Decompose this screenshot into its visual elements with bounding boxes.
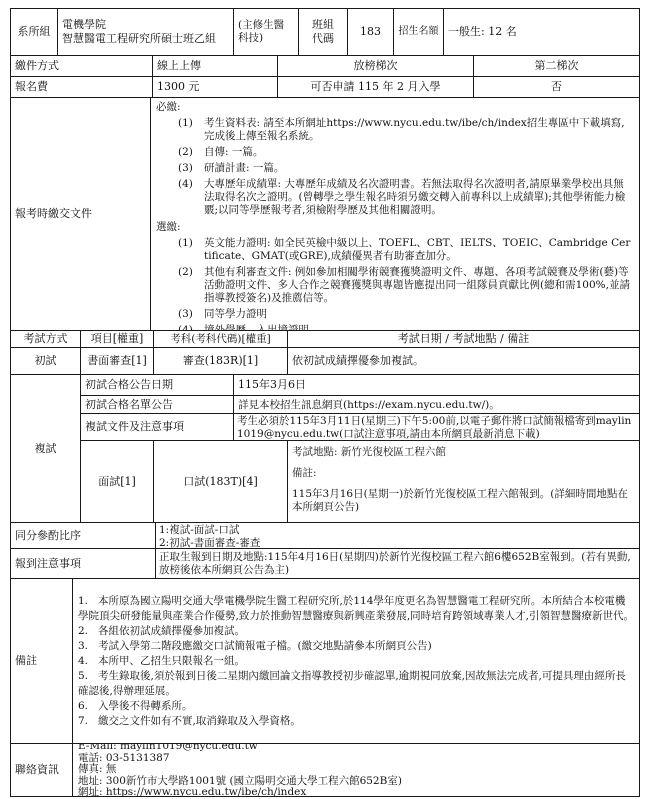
interview-item: 面試[1] [81, 441, 154, 523]
interview-location: 考試地點: 新竹光復校區工程六館 [292, 446, 635, 459]
dept-name-cell: 電機學院 智慧醫電工程研究所碩士班乙組 [58, 9, 234, 55]
first-stage-info: 依初試成績擇優參加複試。 [288, 348, 639, 374]
interview-note: 115年3月16日(星期一)於新竹光復校區工程六館報到。(詳細時間地點在本所網頁… [292, 488, 635, 514]
remark-item: 6.入學後不得轉系所。 [78, 699, 634, 714]
remark-item: 3.考試入學第二階段應繳交口試簡報電子檔。(繳交地點請參本所網頁公告) [78, 639, 634, 654]
documents-content: 必繳: (1) 考生資料表: 請至本所網址https://www.nycu.ed… [151, 98, 639, 330]
required-item: (2) 自傳: 一篇。 [178, 146, 634, 159]
exam-method-header: 考試方式 [11, 331, 81, 347]
dept-college: 電機學院 [62, 18, 229, 32]
dept-major-cell: (主修生醫科技) [234, 9, 299, 55]
notice-subrow: 複試文件及注意事項 考生必須於115年3月11日(星期三)下午5:00前,以電子… [81, 414, 639, 441]
notice-label: 複試文件及注意事項 [81, 414, 234, 440]
tiebreak-label: 同分參酌比序 [11, 523, 156, 548]
first-stage-label: 初試 [11, 348, 81, 374]
remark-item: 4.本所甲、乙招生只限報名一組。 [78, 654, 634, 669]
feb-entry-value: 否 [474, 77, 639, 97]
remarks-row: 備註 1.本所原為國立陽明交通大學電機學院生醫工程研究所,於114學年度更名為智… [11, 579, 639, 744]
announce-list-label: 初試合格名單公告 [81, 396, 234, 413]
submission-row: 繳件方式 線上上傳 放榜梯次 第二梯次 [11, 56, 639, 77]
announce-date-subrow: 初試合格公告日期 115年3月6日 [81, 375, 639, 396]
remark-item: 2.各組依初試成績擇優參加複試。 [78, 624, 634, 639]
required-item: (3) 研讀計畫: 一篇。 [178, 162, 634, 175]
class-code-label-cell: 班組代碼 [299, 9, 348, 55]
optional-item: (3) 同等學力證明 [178, 308, 634, 321]
contact-content: E-Mail: maylin1019@nycu.edu.tw 電話: 03-51… [73, 744, 639, 796]
class-code-value: 183 [348, 9, 394, 55]
announce-list-value: 詳見本校招生訊息網頁(https://exam.nycu.edu.tw/)。 [234, 396, 639, 413]
round-value: 第二梯次 [474, 56, 639, 76]
documents-label: 報考時繳交文件 [11, 98, 151, 330]
remark-item: 7.繳交之文件如有不實,取消錄取及入學資格。 [78, 714, 634, 729]
quota-label: 招生名額 [394, 9, 444, 55]
second-stage-label: 複試 [11, 375, 81, 522]
first-stage-row: 初試 書面審查[1] 審查(183R)[1] 依初試成績擇優參加複試。 [11, 348, 639, 375]
first-stage-item: 書面審查[1] [81, 348, 154, 374]
admission-document-page: 系所組 電機學院 智慧醫電工程研究所碩士班乙組 (主修生醫科技) 班組代碼 18… [0, 0, 650, 799]
exam-subject-header: 考科(考科代碼)[權重] [154, 331, 288, 347]
optional-item: (1) 英文能力證明: 如全民英檢中級以上、TOEFL、CBT、IELTS、TO… [178, 237, 634, 263]
exam-info-header: 考試日期 / 考試地點 / 備註 [288, 331, 639, 347]
checkin-text: 正取生報到日期及地點:115年4月16日(星期四)於新竹光復校區工程六館6樓65… [156, 549, 639, 578]
dept-major: (主修生醫科技) [238, 19, 290, 45]
admission-table: 系所組 電機學院 智慧醫電工程研究所碩士班乙組 (主修生醫科技) 班組代碼 18… [10, 8, 640, 797]
feb-entry-label: 可否申請 115 年 2 月入學 [278, 77, 474, 97]
contact-label: 聯絡資訊 [11, 744, 73, 796]
dept-program: 智慧醫電工程研究所碩士班乙組 [62, 32, 229, 46]
dept-row: 系所組 電機學院 智慧醫電工程研究所碩士班乙組 (主修生醫科技) 班組代碼 18… [11, 9, 639, 56]
submission-method: 線上上傳 [153, 56, 278, 76]
dept-label: 系所組 [11, 9, 58, 55]
contact-website: 網址: https://www.nycu.edu.tw/ibe/ch/index [78, 787, 634, 796]
second-stage-nested: 初試合格公告日期 115年3月6日 初試合格名單公告 詳見本校招生訊息網頁(ht… [81, 375, 639, 522]
documents-row: 報考時繳交文件 必繳: (1) 考生資料表: 請至本所網址https://www… [11, 98, 639, 331]
interview-subject: 口試(183T)[4] [154, 441, 288, 523]
required-item: (1) 考生資料表: 請至本所網址https://www.nycu.edu.tw… [178, 117, 634, 143]
exam-header-row: 考試方式 項目[權重] 考科(考科代碼)[權重] 考試日期 / 考試地點 / 備… [11, 331, 639, 348]
quota-value: 一般生: 12 名 [444, 9, 639, 55]
tiebreak-line: 1:複試-面試-口試 [159, 524, 636, 537]
announce-list-subrow: 初試合格名單公告 詳見本校招生訊息網頁(https://exam.nycu.ed… [81, 396, 639, 414]
remark-item: 5.考生錄取後,須於報到日後二星期內繳回論文指導教授初步確認單,逾期視同放棄,因… [78, 669, 634, 699]
checkin-label: 報到注意事項 [11, 549, 156, 578]
submission-label: 繳件方式 [11, 56, 153, 76]
first-stage-subject: 審查(183R)[1] [154, 348, 288, 374]
tiebreak-row: 同分參酌比序 1:複試-面試-口試 2:初試-書面審查-審查 [11, 523, 639, 549]
fee-amount: 1300 元 [153, 77, 278, 97]
exam-item-header: 項目[權重] [81, 331, 154, 347]
second-stage-row: 複試 初試合格公告日期 115年3月6日 初試合格名單公告 詳見本校招生訊息網頁… [11, 375, 639, 523]
interview-note-label: 備註: [292, 467, 635, 480]
optional-item: (4) 境外學歷、入出境證明 [178, 324, 634, 330]
optional-item: (2) 其他有利審查文件: 例如參加相關學術競賽獲獎證明文件、專題、各項考試競賽… [178, 266, 634, 305]
announce-date-label: 初試合格公告日期 [81, 375, 234, 395]
notice-value: 考生必須於115年3月11日(星期三)下午5:00前,以電子郵件將口試簡報檔寄到… [234, 414, 639, 440]
contact-row: 聯絡資訊 E-Mail: maylin1019@nycu.edu.tw 電話: … [11, 744, 639, 796]
remarks-content: 1.本所原為國立陽明交通大學電機學院生醫工程研究所,於114學年度更名為智慧醫電… [73, 579, 639, 743]
required-title: 必繳: [156, 101, 634, 114]
remarks-label: 備註 [11, 579, 73, 743]
fee-label: 報名費 [11, 77, 153, 97]
remark-item: 1.本所原為國立陽明交通大學電機學院生醫工程研究所,於114學年度更名為智慧醫電… [78, 594, 634, 624]
tiebreak-line: 2:初試-書面審查-審查 [159, 537, 636, 548]
required-item: (4) 大專歷年成績單: 大專歷年成績及名次證明書。若無法取得名次證明者,請原畢… [178, 178, 634, 217]
class-code-label: 班組代碼 [311, 18, 335, 46]
interview-subrow: 面試[1] 口試(183T)[4] 考試地點: 新竹光復校區工程六館 備註: 1… [81, 441, 639, 523]
fee-row: 報名費 1300 元 可否申請 115 年 2 月入學 否 [11, 77, 639, 98]
round-label: 放榜梯次 [278, 56, 474, 76]
optional-title: 選繳: [156, 221, 634, 234]
interview-info-cell: 考試地點: 新竹光復校區工程六館 備註: 115年3月16日(星期一)於新竹光復… [288, 441, 639, 523]
checkin-row: 報到注意事項 正取生報到日期及地點:115年4月16日(星期四)於新竹光復校區工… [11, 549, 639, 579]
tiebreak-content: 1:複試-面試-口試 2:初試-書面審查-審查 [156, 523, 639, 548]
announce-date-value: 115年3月6日 [234, 375, 639, 395]
contact-phone: 電話: 03-5131387 [78, 753, 634, 765]
